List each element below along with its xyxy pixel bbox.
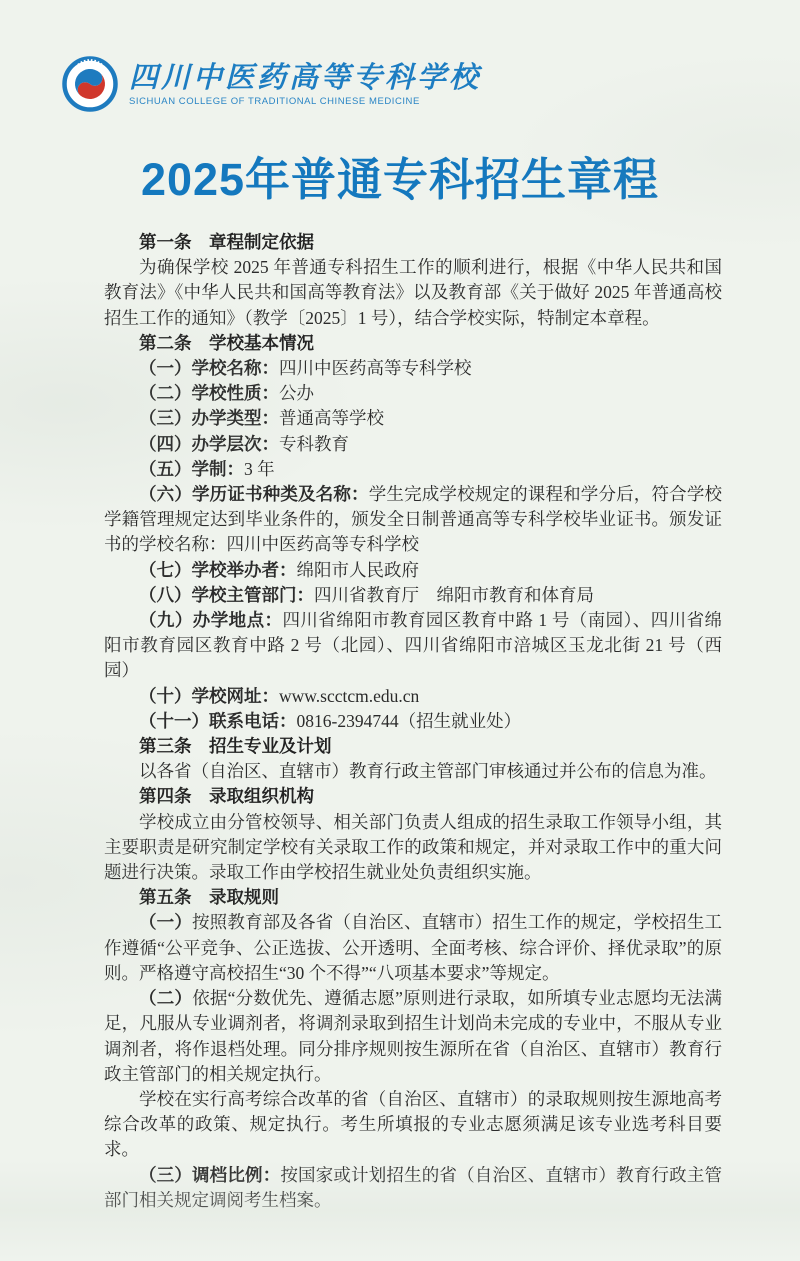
scanned-document-page: { "colors": { "page_background": "#eff3e… bbox=[0, 0, 800, 1261]
school-emblem-logo bbox=[62, 56, 118, 112]
paragraph: 学校成立由分管校领导、相关部门负责人组成的招生录取工作领导小组，其主要职责是研究… bbox=[104, 810, 722, 886]
paragraph-text: 以各省（自治区、直辖市）教育行政主管部门审核通过并公布的信息为准。 bbox=[139, 761, 717, 781]
list-item: （十一）联系电话：0816-2394744（招生就业处） bbox=[104, 709, 722, 734]
paragraph-text: 学校在实行高考综合改革的省（自治区、直辖市）的录取规则按生源地高考综合改革的政策… bbox=[104, 1089, 722, 1159]
school-name-chinese: 四川中医药高等专科学校 bbox=[129, 62, 481, 94]
item-text: 公办 bbox=[279, 383, 314, 403]
item-label: （十一）联系电话： bbox=[139, 711, 297, 731]
article-section-2: 第二条 学校基本情况 （一）学校名称：四川中医药高等专科学校 （二）学校性质：公… bbox=[104, 331, 722, 734]
item-label: （九）办学地点： bbox=[139, 610, 282, 630]
document-body: 第一条 章程制定依据 为确保学校 2025 年普通专科招生工作的顺利进行，根据《… bbox=[104, 230, 722, 1213]
paragraph-label: （三）调档比例： bbox=[139, 1165, 280, 1185]
item-text: 四川省教育厅 绵阳市教育和体育局 bbox=[314, 585, 594, 605]
article-heading: 第四条 录取组织机构 bbox=[104, 784, 722, 809]
item-label: （六）学历证书种类及名称： bbox=[139, 484, 369, 504]
list-item: （十）学校网址：www.scctcm.edu.cn bbox=[104, 684, 722, 709]
paragraph: （三）调档比例：按国家或计划招生的省（自治区、直辖市）教育行政主管部门相关规定调… bbox=[104, 1163, 722, 1213]
item-label: （七）学校举办者： bbox=[139, 560, 297, 580]
paragraph: （一）按照教育部及各省（自治区、直辖市）招生工作的规定，学校招生工作遵循“公平竞… bbox=[104, 910, 722, 986]
list-item: （八）学校主管部门：四川省教育厅 绵阳市教育和体育局 bbox=[104, 583, 722, 608]
paragraph-label: （二） bbox=[139, 988, 192, 1008]
item-text: 专科教育 bbox=[279, 434, 349, 454]
page-title: 2025年普通专科招生章程 bbox=[0, 154, 800, 206]
article-heading: 第五条 录取规则 bbox=[104, 885, 722, 910]
contact-phone: 0816-2394744（招生就业处） bbox=[297, 711, 522, 731]
item-text: 3 年 bbox=[244, 459, 275, 479]
list-item: （二）学校性质：公办 bbox=[104, 381, 722, 406]
school-logo-header: 四川中医药高等专科学校 SICHUAN COLLEGE OF TRADITION… bbox=[0, 0, 800, 112]
item-label: （四）办学层次： bbox=[139, 434, 279, 454]
paragraph: 为确保学校 2025 年普通专科招生工作的顺利进行，根据《中华人民共和国教育法》… bbox=[104, 255, 722, 331]
list-item: （四）办学层次：专科教育 bbox=[104, 432, 722, 457]
paragraph: （二）依据“分数优先、遵循志愿”原则进行录取，如所填专业志愿均无法满足，凡服从专… bbox=[104, 986, 722, 1087]
article-heading: 第二条 学校基本情况 bbox=[104, 331, 722, 356]
item-text: 四川中医药高等专科学校 bbox=[279, 358, 472, 378]
paragraph-label: （一） bbox=[139, 912, 192, 932]
article-section-4: 第四条 录取组织机构 学校成立由分管校领导、相关部门负责人组成的招生录取工作领导… bbox=[104, 784, 722, 885]
article-section-5: 第五条 录取规则 （一）按照教育部及各省（自治区、直辖市）招生工作的规定，学校招… bbox=[104, 885, 722, 1213]
school-website-url: www.scctcm.edu.cn bbox=[279, 686, 419, 706]
school-name-block: 四川中医药高等专科学校 SICHUAN COLLEGE OF TRADITION… bbox=[129, 62, 481, 107]
list-item: （三）办学类型：普通高等学校 bbox=[104, 406, 722, 431]
item-label: （八）学校主管部门： bbox=[139, 585, 314, 605]
article-section-3: 第三条 招生专业及计划 以各省（自治区、直辖市）教育行政主管部门审核通过并公布的… bbox=[104, 734, 722, 784]
item-label: （五）学制： bbox=[139, 459, 244, 479]
paragraph-text: 依据“分数优先、遵循志愿”原则进行录取，如所填专业志愿均无法满足，凡服从专业调剂… bbox=[104, 988, 722, 1084]
item-label: （三）办学类型： bbox=[139, 408, 279, 428]
article-section-1: 第一条 章程制定依据 为确保学校 2025 年普通专科招生工作的顺利进行，根据《… bbox=[104, 230, 722, 331]
item-label: （十）学校网址： bbox=[139, 686, 279, 706]
paragraph-text: 学校成立由分管校领导、相关部门负责人组成的招生录取工作领导小组，其主要职责是研究… bbox=[104, 812, 722, 882]
article-heading: 第三条 招生专业及计划 bbox=[104, 734, 722, 759]
paragraph-text: 为确保学校 2025 年普通专科招生工作的顺利进行，根据《中华人民共和国教育法》… bbox=[104, 257, 722, 327]
item-label: （二）学校性质： bbox=[139, 383, 279, 403]
school-name-english: SICHUAN COLLEGE OF TRADITIONAL CHINESE M… bbox=[129, 96, 481, 107]
paragraph: 学校在实行高考综合改革的省（自治区、直辖市）的录取规则按生源地高考综合改革的政策… bbox=[104, 1087, 722, 1163]
item-label: （一）学校名称： bbox=[139, 358, 279, 378]
list-item: （七）学校举办者：绵阳市人民政府 bbox=[104, 558, 722, 583]
item-text: 普通高等学校 bbox=[279, 408, 384, 428]
article-heading: 第一条 章程制定依据 bbox=[104, 230, 722, 255]
item-text: 绵阳市人民政府 bbox=[297, 560, 420, 580]
list-item: （六）学历证书种类及名称：学生完成学校规定的课程和学分后，符合学校学籍管理规定达… bbox=[104, 482, 722, 558]
paragraph-text: 按照教育部及各省（自治区、直辖市）招生工作的规定，学校招生工作遵循“公平竞争、公… bbox=[104, 912, 722, 982]
list-item: （九）办学地点：四川省绵阳市教育园区教育中路 1 号（南园）、四川省绵阳市教育园… bbox=[104, 608, 722, 684]
paragraph: 以各省（自治区、直辖市）教育行政主管部门审核通过并公布的信息为准。 bbox=[104, 759, 722, 784]
list-item: （一）学校名称：四川中医药高等专科学校 bbox=[104, 356, 722, 381]
list-item: （五）学制：3 年 bbox=[104, 457, 722, 482]
